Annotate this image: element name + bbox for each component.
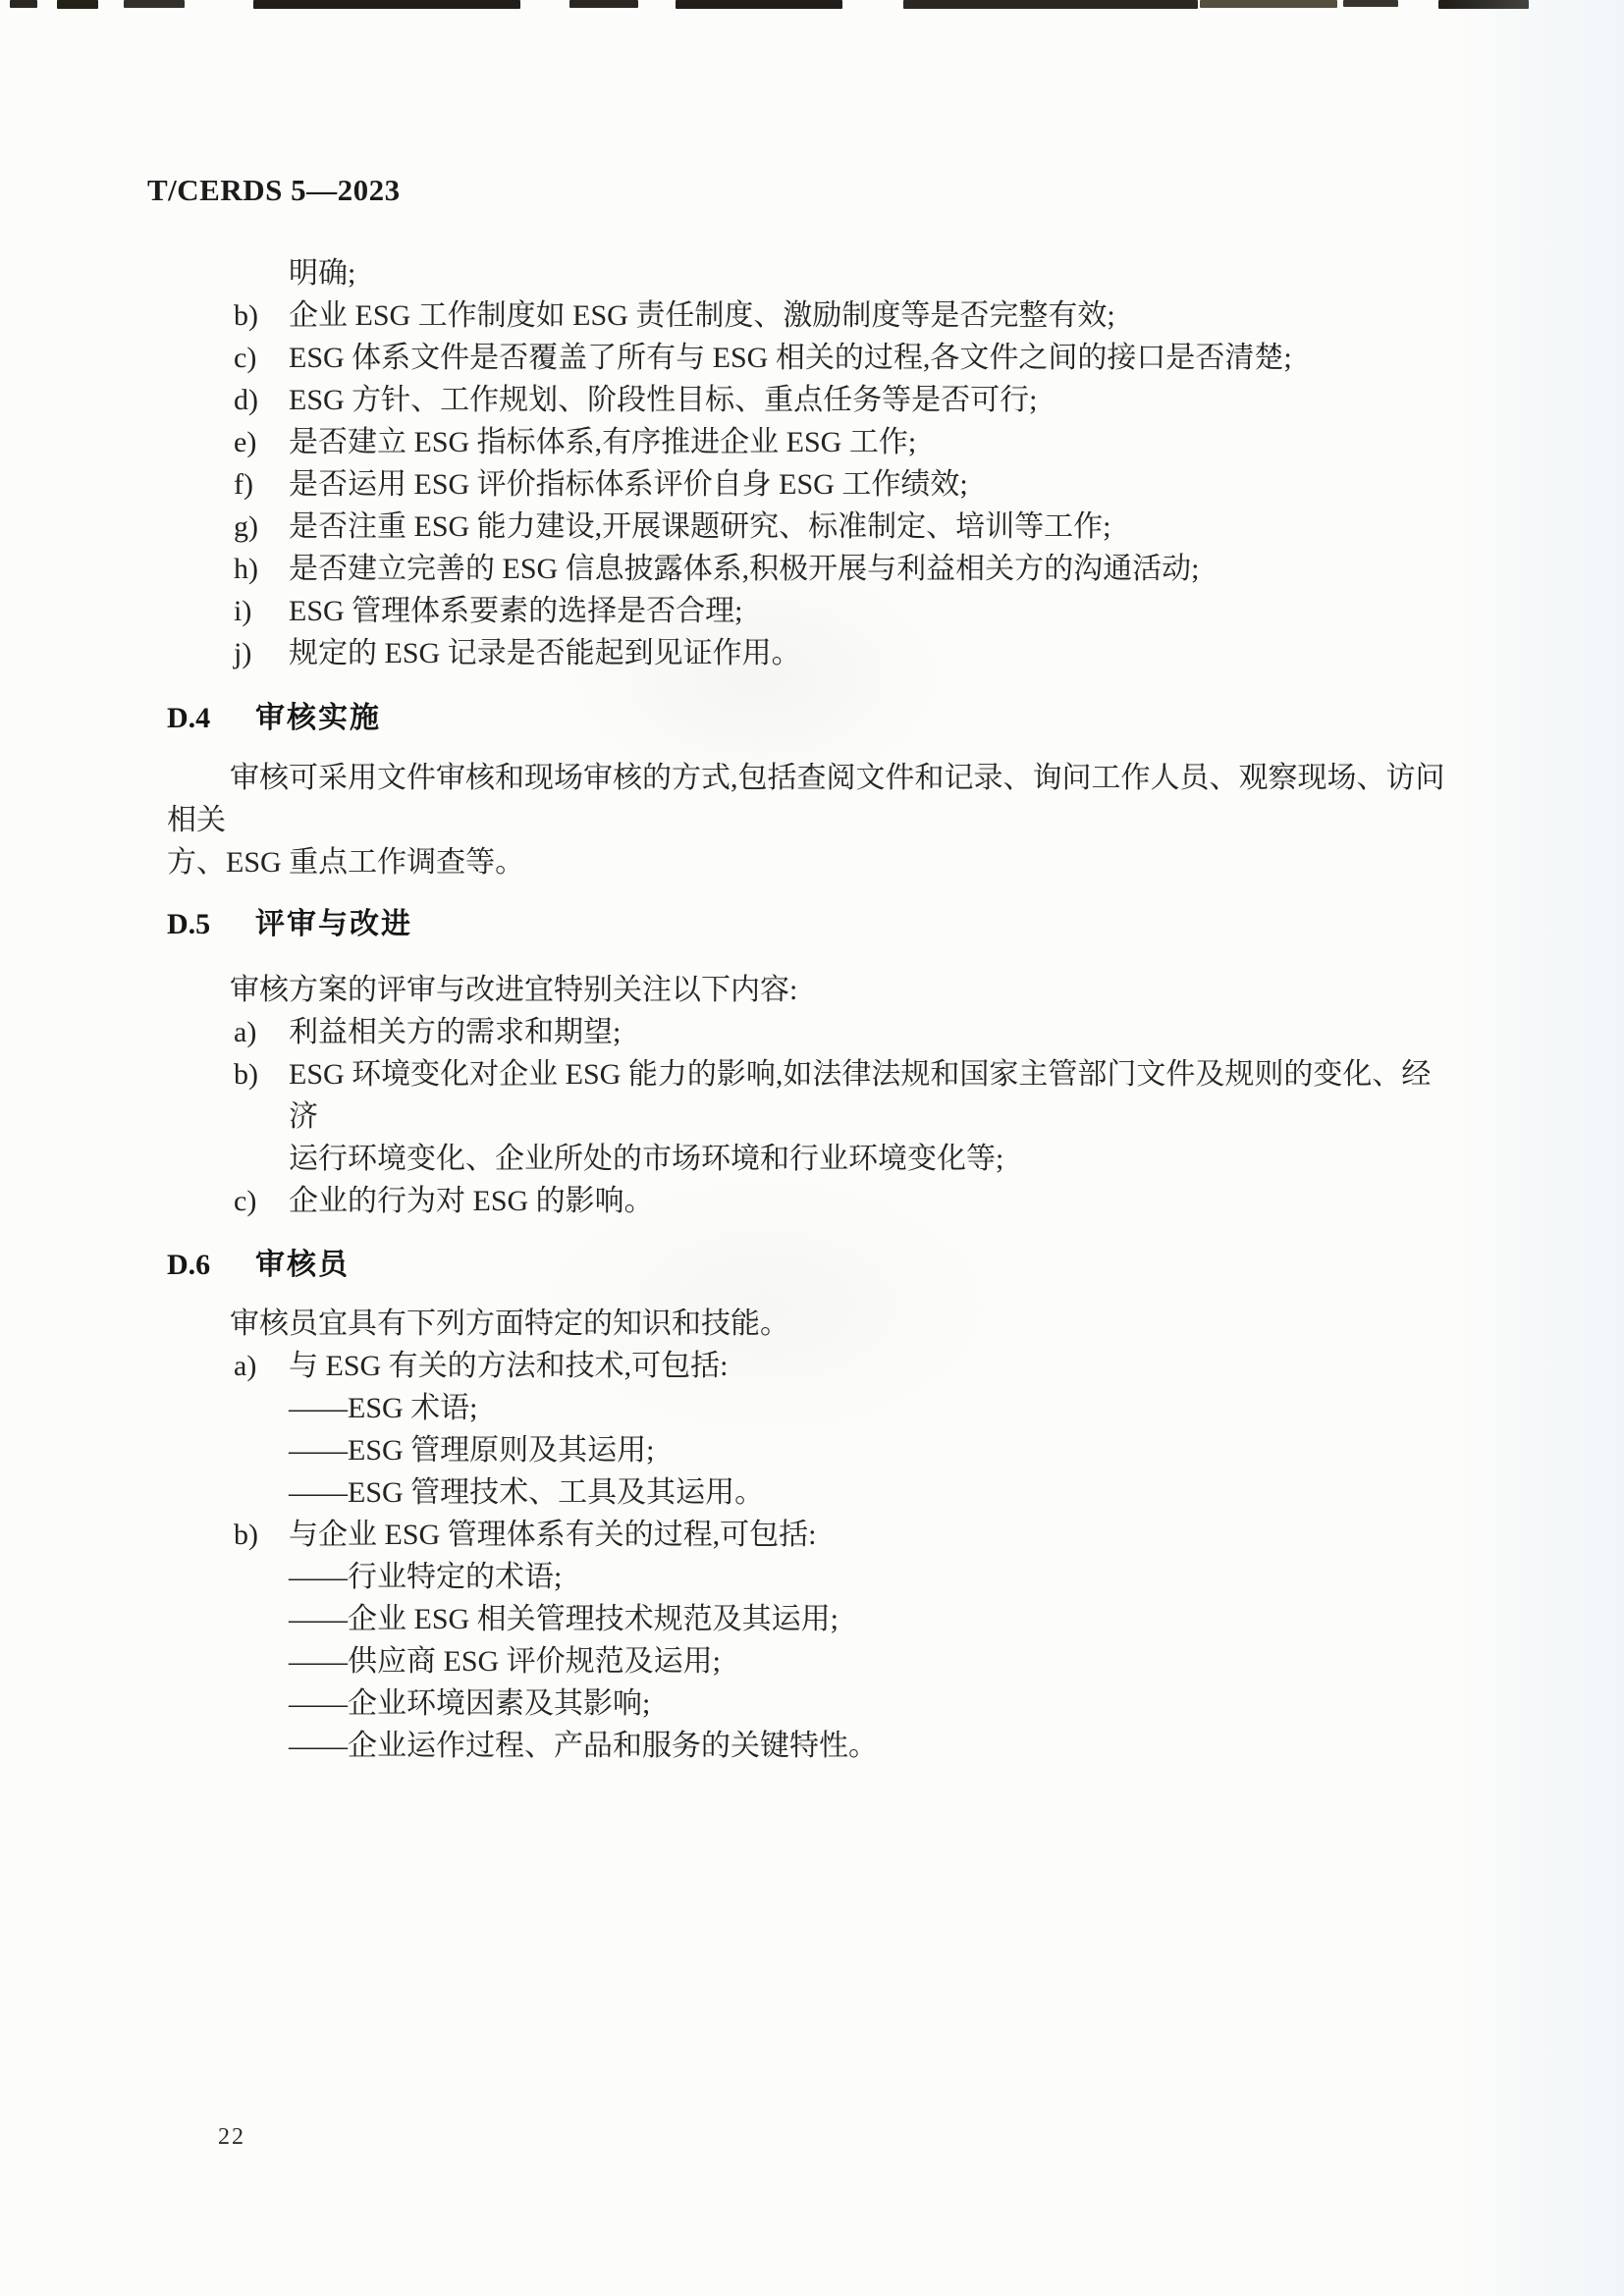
paragraph-line: 方、ESG 重点工作调查等。 — [167, 841, 1453, 883]
section-number: D.5 — [167, 903, 255, 945]
list-item-text: 是否运用 ESG 评价指标体系评价自身 ESG 工作绩效; — [289, 463, 1453, 506]
list-item-label: b) — [234, 294, 289, 337]
dash-subitem: ——行业特定的术语; — [289, 1556, 1453, 1598]
list-item-text: ESG 环境变化对企业 ESG 能力的影响,如法律法规和国家主管部门文件及规则的… — [289, 1053, 1453, 1180]
page-edge-tint — [1447, 0, 1624, 2296]
carryover-line: 明确; — [289, 252, 1453, 294]
scan-artifact-segment — [676, 0, 842, 9]
list-item-label: b) — [234, 1053, 289, 1095]
section-number: D.6 — [167, 1244, 255, 1286]
dash-subitem: ——ESG 术语; — [289, 1387, 1453, 1429]
list-item: i) ESG 管理体系要素的选择是否合理; — [167, 590, 1453, 632]
list-item-text: 企业的行为对 ESG 的影响。 — [289, 1180, 1453, 1222]
list-item-label: c) — [234, 337, 289, 379]
dash-subitem: ——企业运作过程、产品和服务的关键特性。 — [289, 1725, 1453, 1767]
dash-subitem: ——供应商 ESG 评价规范及运用; — [289, 1640, 1453, 1682]
list-item-label: b) — [234, 1514, 289, 1556]
list-item-text: 规定的 ESG 记录是否能起到见证作用。 — [289, 632, 1453, 674]
list-item-text: 企业 ESG 工作制度如 ESG 责任制度、激励制度等是否完整有效; — [289, 294, 1453, 337]
list-item-label: a) — [234, 1011, 289, 1053]
list-item-label: h) — [234, 548, 289, 590]
scan-artifact-segment — [569, 0, 638, 8]
scan-artifact-segment — [253, 0, 520, 9]
scan-edge-artifact — [0, 0, 1624, 12]
list-item-label: c) — [234, 1180, 289, 1222]
section-title: 评审与改进 — [255, 903, 412, 945]
dash-subitem: ——企业 ESG 相关管理技术规范及其运用; — [289, 1598, 1453, 1640]
list-item-label: g) — [234, 506, 289, 548]
list-item-text: 是否建立完善的 ESG 信息披露体系,积极开展与利益相关方的沟通活动; — [289, 548, 1453, 590]
section-heading-d5: D.5 评审与改进 — [167, 903, 1453, 945]
list-item: c) 企业的行为对 ESG 的影响。 — [167, 1180, 1453, 1222]
section-title: 审核实施 — [255, 697, 381, 739]
section-title: 审核员 — [255, 1244, 350, 1286]
dash-subitem: ——企业环境因素及其影响; — [289, 1682, 1453, 1725]
scan-artifact-segment — [903, 0, 1198, 9]
dash-subitem: ——ESG 管理原则及其运用; — [289, 1429, 1453, 1471]
list-item-label: e) — [234, 421, 289, 463]
list-item: b) 企业 ESG 工作制度如 ESG 责任制度、激励制度等是否完整有效; — [167, 294, 1453, 337]
list-item-text: ESG 方针、工作规划、阶段性目标、重点任务等是否可行; — [289, 379, 1453, 421]
list-item-text: 是否注重 ESG 能力建设,开展课题研究、标准制定、培训等工作; — [289, 506, 1453, 548]
list-item: h) 是否建立完善的 ESG 信息披露体系,积极开展与利益相关方的沟通活动; — [167, 548, 1453, 590]
paragraph-line: 审核可采用文件审核和现场审核的方式,包括查阅文件和记录、询问工作人员、观察现场、… — [167, 757, 1453, 841]
section-heading-d6: D.6 审核员 — [167, 1244, 1453, 1286]
list-item: b) ESG 环境变化对企业 ESG 能力的影响,如法律法规和国家主管部门文件及… — [167, 1053, 1453, 1180]
list-item: e) 是否建立 ESG 指标体系,有序推进企业 ESG 工作; — [167, 421, 1453, 463]
section-number: D.4 — [167, 697, 255, 739]
page-number: 22 — [218, 2124, 245, 2151]
standard-number-header: T/CERDS 5—2023 — [147, 173, 401, 208]
document-body: 明确; b) 企业 ESG 工作制度如 ESG 责任制度、激励制度等是否完整有效… — [167, 252, 1453, 1767]
list-item-label: i) — [234, 590, 289, 632]
section-heading-d4: D.4 审核实施 — [167, 697, 1453, 739]
scan-artifact-segment — [124, 0, 185, 8]
document-page: T/CERDS 5—2023 明确; b) 企业 ESG 工作制度如 ESG 责… — [0, 0, 1624, 2296]
list-item-text: 与企业 ESG 管理体系有关的过程,可包括: — [289, 1514, 1453, 1556]
list-item: g) 是否注重 ESG 能力建设,开展课题研究、标准制定、培训等工作; — [167, 506, 1453, 548]
list-item-text: 与 ESG 有关的方法和技术,可包括: — [289, 1345, 1453, 1387]
list-item-label: j) — [234, 632, 289, 674]
list-item-text: 是否建立 ESG 指标体系,有序推进企业 ESG 工作; — [289, 421, 1453, 463]
list-item: a) 与 ESG 有关的方法和技术,可包括: — [167, 1345, 1453, 1387]
dash-subitem: ——ESG 管理技术、工具及其运用。 — [289, 1471, 1453, 1514]
list-item: a) 利益相关方的需求和期望; — [167, 1011, 1453, 1053]
list-item-line: 运行环境变化、企业所处的市场环境和行业环境变化等; — [289, 1138, 1453, 1180]
scan-artifact-segment — [57, 0, 98, 9]
scan-artifact-segment — [1200, 0, 1337, 8]
list-item-label: a) — [234, 1345, 289, 1387]
list-item-line: ESG 环境变化对企业 ESG 能力的影响,如法律法规和国家主管部门文件及规则的… — [289, 1053, 1453, 1138]
list-item: f) 是否运用 ESG 评价指标体系评价自身 ESG 工作绩效; — [167, 463, 1453, 506]
list-item-label: f) — [234, 463, 289, 506]
list-item-text: ESG 体系文件是否覆盖了所有与 ESG 相关的过程,各文件之间的接口是否清楚; — [289, 337, 1453, 379]
list-item: j) 规定的 ESG 记录是否能起到见证作用。 — [167, 632, 1453, 674]
list-item: d) ESG 方针、工作规划、阶段性目标、重点任务等是否可行; — [167, 379, 1453, 421]
list-item-text: 利益相关方的需求和期望; — [289, 1011, 1453, 1053]
list-item-label: d) — [234, 379, 289, 421]
paragraph-line: 审核方案的评审与改进宜特别关注以下内容: — [167, 969, 1453, 1011]
scan-artifact-segment — [1438, 0, 1529, 9]
list-item: c) ESG 体系文件是否覆盖了所有与 ESG 相关的过程,各文件之间的接口是否… — [167, 337, 1453, 379]
list-item: b) 与企业 ESG 管理体系有关的过程,可包括: — [167, 1514, 1453, 1556]
paragraph-line: 审核员宜具有下列方面特定的知识和技能。 — [167, 1303, 1453, 1345]
list-item-text: ESG 管理体系要素的选择是否合理; — [289, 590, 1453, 632]
scan-artifact-segment — [1343, 0, 1398, 7]
scan-artifact-segment — [10, 0, 37, 8]
